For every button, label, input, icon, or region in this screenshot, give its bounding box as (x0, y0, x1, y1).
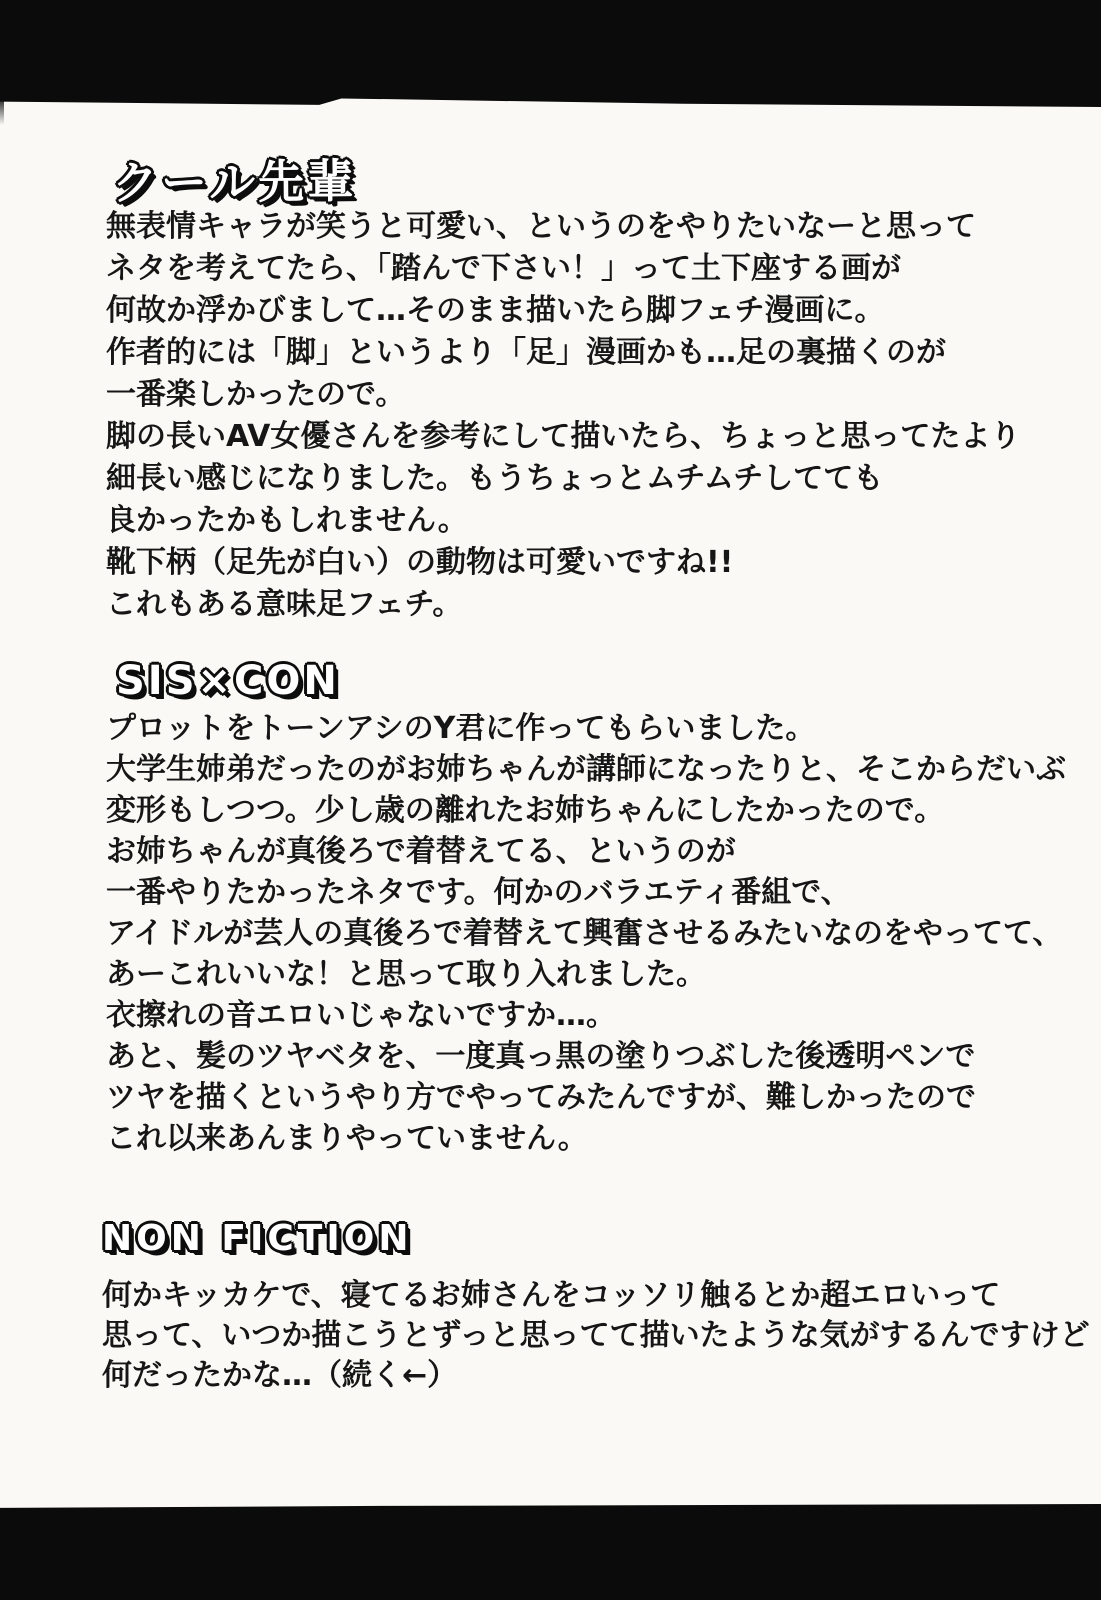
paragraph-line: 一番やりたかったネタです。何かのバラエティ番組で、 (106, 872, 1066, 913)
scan-edge-smudge (0, 95, 4, 125)
paragraph-line: 何かキッカケで、寝てるお姉さんをコッソリ触るとか超エロいって (102, 1276, 1090, 1316)
paragraph-line: あと、髪のツヤベタを、一度真っ黒の塗りつぶした後透明ペンで (106, 1036, 1066, 1077)
section-paragraph: 無表情キャラが笑うと可愛い、というのをやりたいなーと思って ネタを考えてたら、「… (106, 206, 1020, 626)
paragraph-line: 脚の長いAV女優さんを参考にして描いたら、ちょっと思ってたより (106, 416, 1020, 458)
paragraph-line: お姉ちゃんが真後ろで着替えてる、というのが (106, 831, 1066, 872)
paragraph-line: 何故か浮かびまして…そのまま描いたら脚フェチ漫画に。 (106, 290, 1020, 332)
paragraph-line: 無表情キャラが笑うと可愛い、というのをやりたいなーと思って (106, 206, 1020, 248)
paragraph-line: 一番楽しかったので。 (106, 374, 1020, 416)
paragraph-line: 何だったかな…（続く←） (102, 1356, 1090, 1396)
paragraph-line: 衣擦れの音エロいじゃないですか…。 (106, 995, 1066, 1036)
paragraph-line: 大学生姉弟だったのがお姉ちゃんが講師になったりと、そこからだいぶ (106, 749, 1066, 790)
section-title-non-fiction: NON FICTION (102, 1218, 412, 1259)
top-black-bar (0, 0, 1101, 107)
paragraph-line: ツヤを描くというやり方でやってみたんですが、難しかったので (106, 1077, 1066, 1118)
paragraph-line: 細長い感じになりました。もうちょっとムチムチしてても (106, 458, 1020, 500)
paragraph-line: 変形もしつつ。少し歳の離れたお姉ちゃんにしたかったので。 (106, 790, 1066, 831)
paragraph-line: ネタを考えてたら、「踏んで下さい！」って土下座する画が (106, 248, 1020, 290)
paragraph-line: あーこれいいな！と思って取り入れました。 (106, 954, 1066, 995)
paragraph-line: 靴下柄（足先が白い）の動物は可愛いですね!! (106, 542, 1020, 584)
paragraph-line: これ以来あんまりやっていません。 (106, 1118, 1066, 1159)
paragraph-line: 思って、いつか描こうとずっと思ってて描いたような気がするんですけど (102, 1316, 1090, 1356)
scanned-afterword-page: クール先輩 無表情キャラが笑うと可愛い、というのをやりたいなーと思って ネタを考… (0, 0, 1101, 1600)
paragraph-line: 作者的には「脚」というより「足」漫画かも…足の裏描くのが (106, 332, 1020, 374)
paragraph-line: これもある意味足フェチ。 (106, 584, 1020, 626)
section-title-sis-con: SIS×CON (116, 658, 340, 704)
paragraph-line: 良かったかもしれません。 (106, 500, 1020, 542)
paragraph-line: プロットをトーンアシのY君に作ってもらいました。 (106, 708, 1066, 749)
section-paragraph: 何かキッカケで、寝てるお姉さんをコッソリ触るとか超エロいって 思って、いつか描こ… (102, 1276, 1090, 1396)
bottom-black-bar (0, 1503, 1101, 1600)
section-paragraph: プロットをトーンアシのY君に作ってもらいました。 大学生姉弟だったのがお姉ちゃん… (106, 708, 1066, 1159)
paragraph-line: アイドルが芸人の真後ろで着替えて興奮させるみたいなのをやってて、 (106, 913, 1066, 954)
section-title-cool-senpai: クール先輩 (112, 145, 357, 213)
